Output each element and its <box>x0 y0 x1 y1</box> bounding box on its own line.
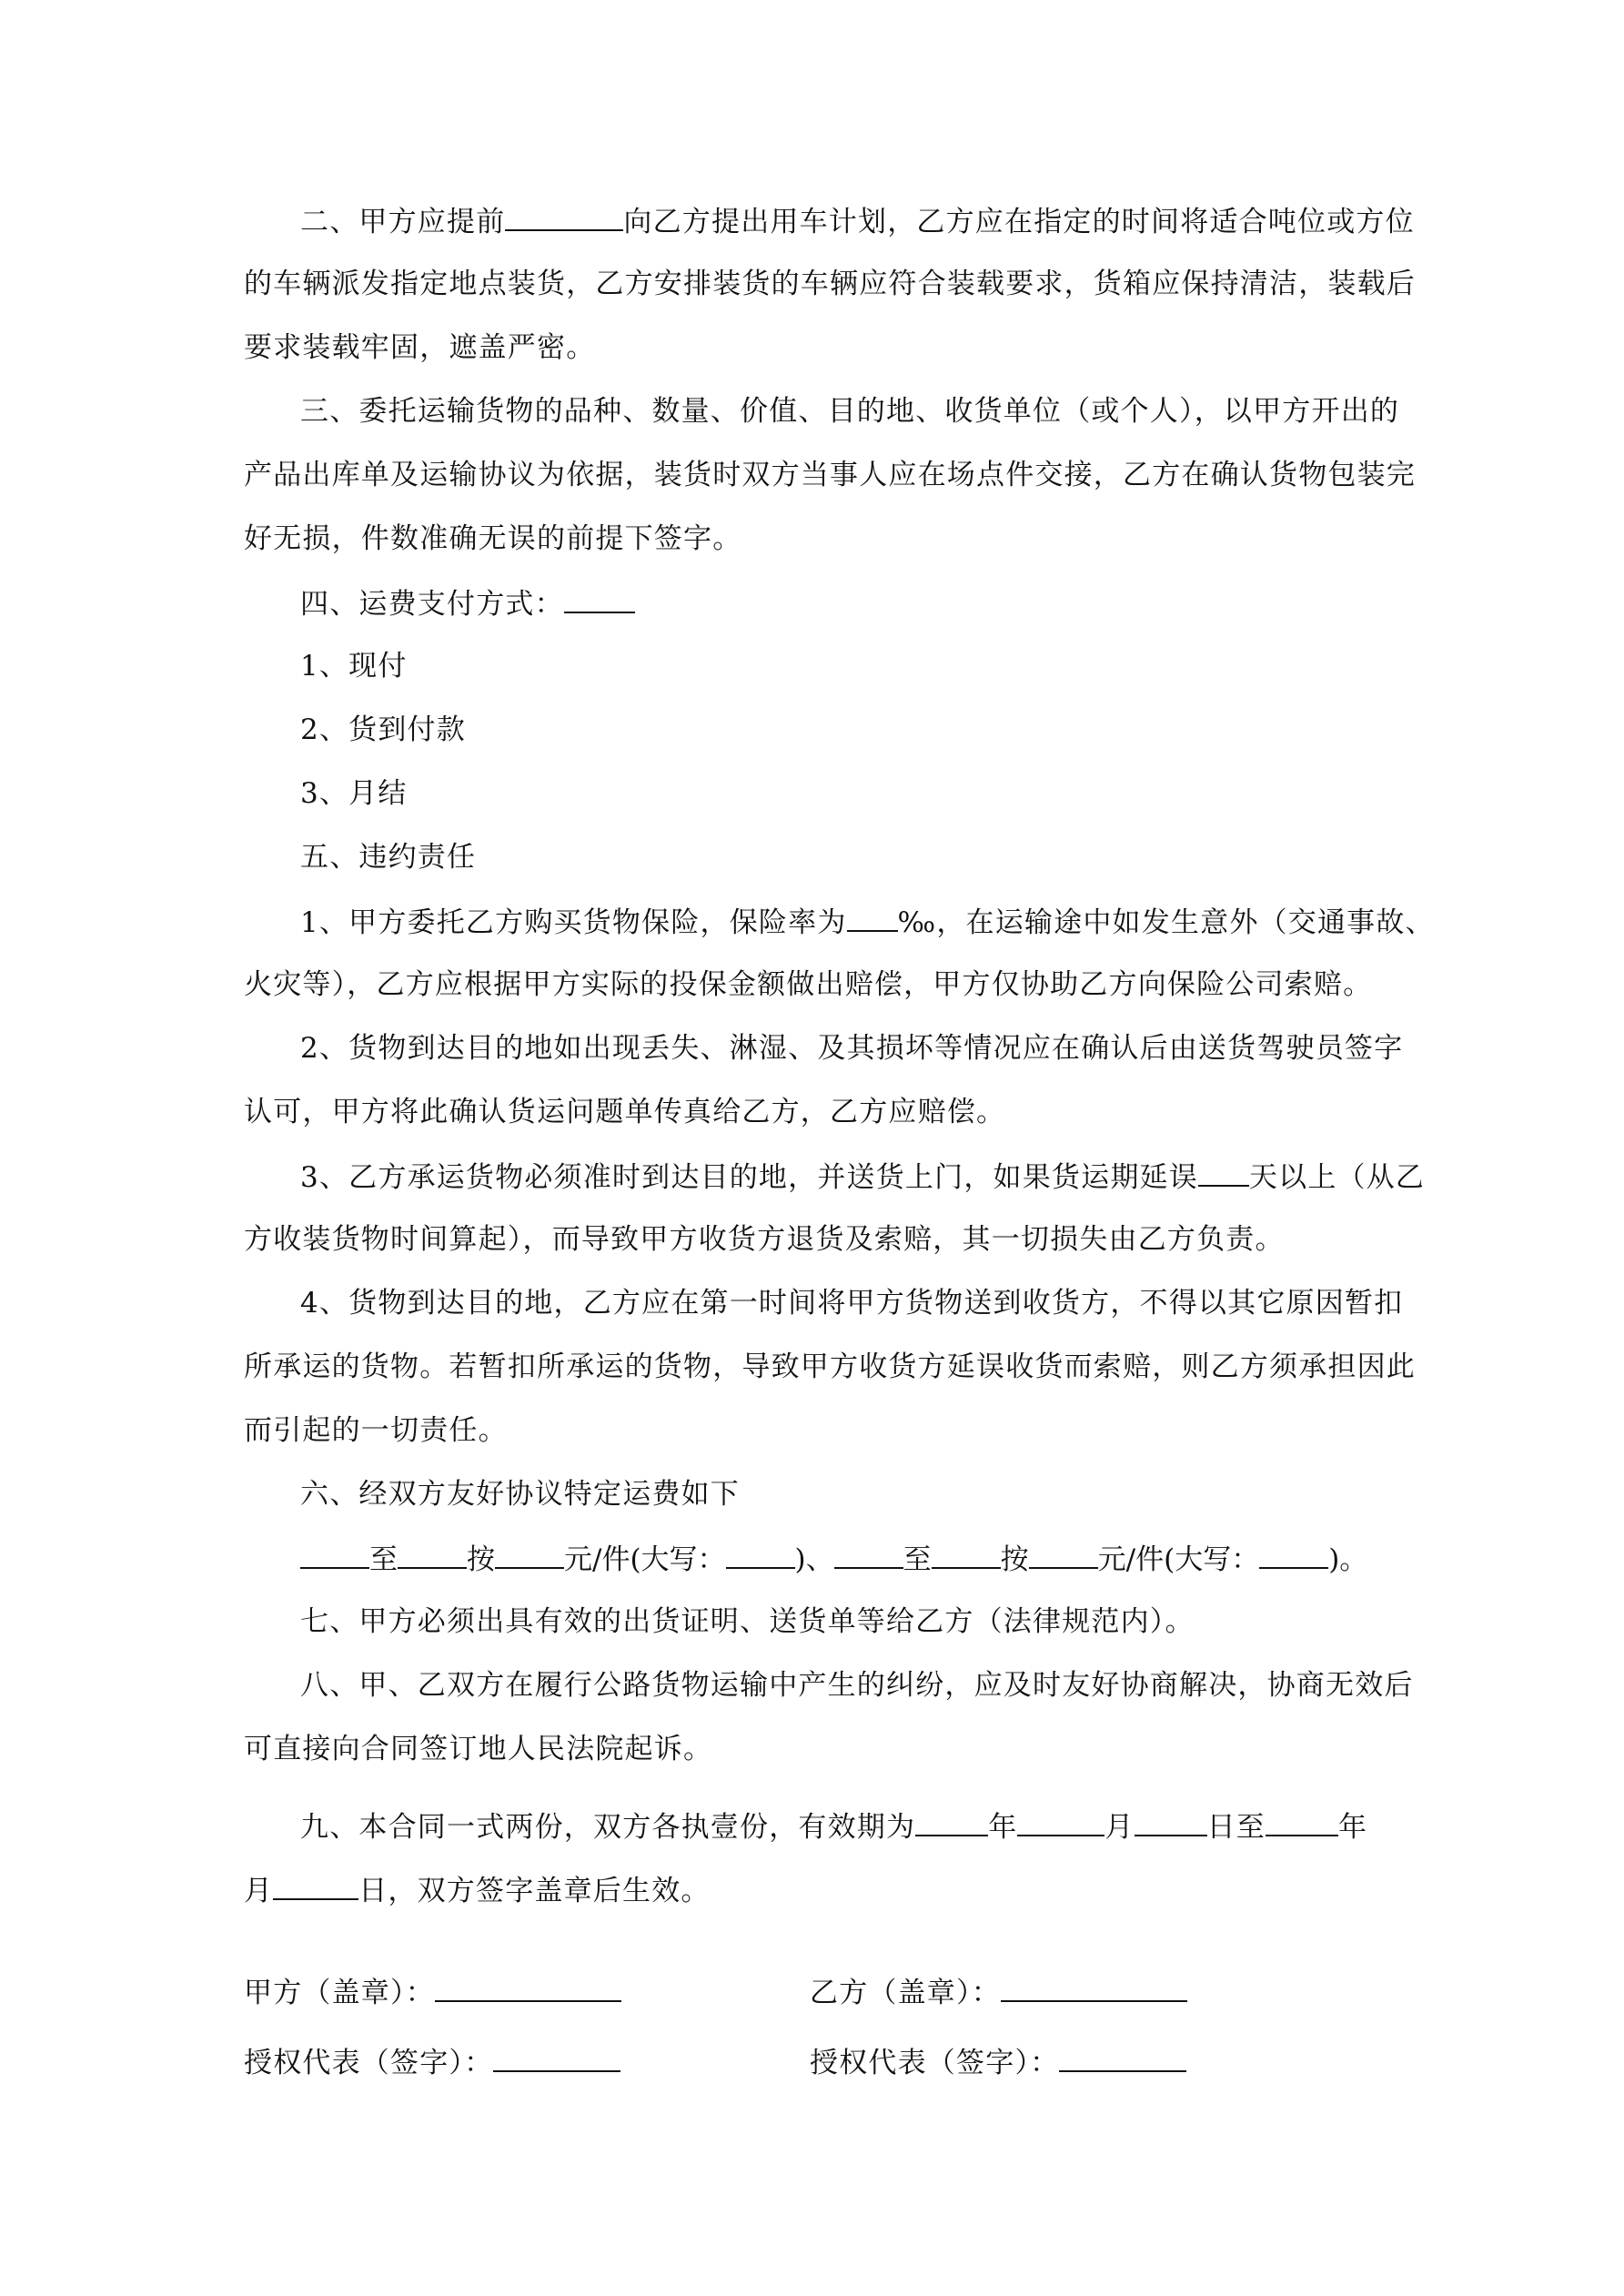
price-1-blank[interactable] <box>495 1540 564 1569</box>
payment-method-blank[interactable] <box>564 584 635 613</box>
text: 四、运费支付方式： <box>300 588 564 621</box>
text: 二、甲方应提前 <box>300 206 505 238</box>
clause-8-line-1: 八、甲、乙双方在履行公路货物运输中产生的纠纷，应及时友好协商解决，协商无效后 <box>300 1667 1381 1704</box>
label: 授权代表（签字）： <box>244 2047 493 2079</box>
clause-5-item-2-line-2: 认可，甲方将此确认货运问题单传真给乙方，乙方应赔偿。 <box>244 1094 1381 1130</box>
party-b-seal-blank[interactable] <box>1001 1973 1187 2002</box>
clause-3-line-3: 好无损，件数准确无误的前提下签字。 <box>244 521 1381 557</box>
text: 至 <box>903 1543 932 1576</box>
party-b-seal: 乙方（盖章）： <box>810 1973 1187 2011</box>
text: 1、甲方委托乙方购买货物保险，保险率为 <box>300 906 847 939</box>
party-a-seal: 甲方（盖章）： <box>244 1973 621 2011</box>
payment-option-2: 2、货到付款 <box>300 712 1381 748</box>
text: 按 <box>1001 1543 1029 1576</box>
clause-9-line-1: 九、本合同一式两份，双方各执壹份，有效期为年月日至年 <box>300 1807 1381 1846</box>
price-2-blank[interactable] <box>1029 1540 1098 1569</box>
route-to-1-blank[interactable] <box>398 1540 467 1569</box>
price-1-uppercase-blank[interactable] <box>726 1540 795 1569</box>
text: 月 <box>1105 1811 1134 1844</box>
clause-2-line-1: 二、甲方应提前向乙方提出用车计划，乙方应在指定的时间将适合吨位或方位 <box>300 202 1381 240</box>
text: ‰，在运输途中如发生意外（交通事故、 <box>898 906 1435 939</box>
freight-rate-line: 至按元/件(大写：)、至按元/件(大写：)。 <box>300 1540 1381 1578</box>
payment-option-3: 3、月结 <box>300 775 1381 812</box>
label: 甲方（盖章）： <box>244 1977 435 2009</box>
clause-5-item-3-line-1: 3、乙方承运货物必须准时到达目的地，并送货上门，如果货运期延误天以上（从乙 <box>300 1158 1381 1196</box>
price-2-uppercase-blank[interactable] <box>1259 1540 1328 1569</box>
clause-3-line-1: 三、委托运输货物的品种、数量、价值、目的地、收货单位（或个人），以甲方开出的 <box>300 393 1381 430</box>
delay-days-blank[interactable] <box>1198 1158 1249 1187</box>
clause-5-item-4-line-3: 而引起的一切责任。 <box>244 1412 1381 1449</box>
clause-3-line-2: 产品出库单及运输协议为依据，装货时双方当事人应在场点件交接，乙方在确认货物包装完 <box>244 457 1381 493</box>
party-a-signature-blank[interactable] <box>493 2043 620 2072</box>
clause-7: 七、甲方必须出具有效的出货证明、送货单等给乙方（法律规范内）。 <box>300 1603 1381 1640</box>
clause-5-item-2-line-1: 2、货物到达目的地如出现丢失、淋湿、及其损坏等情况应在确认后由送货驾驶员签字 <box>300 1030 1381 1067</box>
text: 年 <box>1338 1811 1367 1844</box>
text: 按 <box>467 1543 495 1576</box>
clause-8-line-2: 可直接向合同签订地人民法院起诉。 <box>244 1731 1381 1767</box>
insurance-rate-blank[interactable] <box>847 903 898 932</box>
clause-6-title: 六、经双方友好协议特定运费如下 <box>300 1476 1381 1512</box>
text: 天以上（从乙 <box>1249 1161 1425 1194</box>
text: 日至 <box>1207 1811 1266 1844</box>
label: 乙方（盖章）： <box>810 1977 1001 2009</box>
route-from-2-blank[interactable] <box>834 1540 903 1569</box>
clause-5-title: 五、违约责任 <box>300 839 1381 875</box>
clause-9-line-2: 月日，双方签字盖章后生效。 <box>244 1871 1381 1909</box>
text: 元/件(大写： <box>1098 1543 1260 1576</box>
text: 年 <box>988 1811 1017 1844</box>
clause-2-line-2: 的车辆派发指定地点装货，乙方安排装货的车辆应符合装载要求，货箱应保持清洁，装载后 <box>244 266 1381 302</box>
clause-2-line-3: 要求装载牢固，遮盖严密。 <box>244 329 1381 366</box>
text: 向乙方提出用车计划，乙方应在指定的时间将适合吨位或方位 <box>623 206 1414 238</box>
party-b-signature-blank[interactable] <box>1059 2043 1186 2072</box>
text: 至 <box>369 1543 398 1576</box>
route-to-2-blank[interactable] <box>932 1540 1001 1569</box>
start-month-blank[interactable] <box>1017 1807 1105 1836</box>
payment-option-1: 1、现付 <box>300 648 1381 684</box>
clause-5-item-4-line-2: 所承运的货物。若暂扣所承运的货物，导致甲方收货方延误收货而索赔，则乙方须承担因此 <box>244 1349 1381 1385</box>
party-a-seal-blank[interactable] <box>435 1973 621 2002</box>
start-day-blank[interactable] <box>1135 1807 1207 1836</box>
route-from-1-blank[interactable] <box>300 1540 369 1569</box>
clause-5-item-1-line-1: 1、甲方委托乙方购买货物保险，保险率为‰，在运输途中如发生意外（交通事故、 <box>300 903 1381 941</box>
text: 日，双方签字盖章后生效。 <box>358 1875 710 1907</box>
party-b-representative: 授权代表（签字）： <box>810 2043 1186 2081</box>
advance-time-blank[interactable] <box>505 202 623 231</box>
start-year-blank[interactable] <box>915 1807 988 1836</box>
end-year-blank[interactable] <box>1266 1807 1338 1836</box>
clause-5-item-1-line-2: 火灾等），乙方应根据甲方实际的投保金额做出赔偿，甲方仅协助乙方向保险公司索赔。 <box>244 966 1381 1003</box>
party-a-representative: 授权代表（签字）： <box>244 2043 620 2081</box>
label: 授权代表（签字）： <box>810 2047 1059 2079</box>
clause-4-title: 四、运费支付方式： <box>300 584 1381 622</box>
text: )。 <box>1328 1543 1367 1576</box>
text: 元/件(大写： <box>564 1543 726 1576</box>
text: 月 <box>244 1875 273 1907</box>
clause-5-item-3-line-2: 方收装货物时间算起），而导致甲方收货方退货及索赔，其一切损失由乙方负责。 <box>244 1221 1381 1258</box>
clause-5-item-4-line-1: 4、货物到达目的地，乙方应在第一时间将甲方货物送到收货方，不得以其它原因暂扣 <box>300 1285 1381 1321</box>
text: 3、乙方承运货物必须准时到达目的地，并送货上门，如果货运期延误 <box>300 1161 1198 1194</box>
text: 九、本合同一式两份，双方各执壹份，有效期为 <box>300 1811 915 1844</box>
text: )、 <box>795 1543 834 1576</box>
end-day-blank[interactable] <box>273 1871 358 1900</box>
